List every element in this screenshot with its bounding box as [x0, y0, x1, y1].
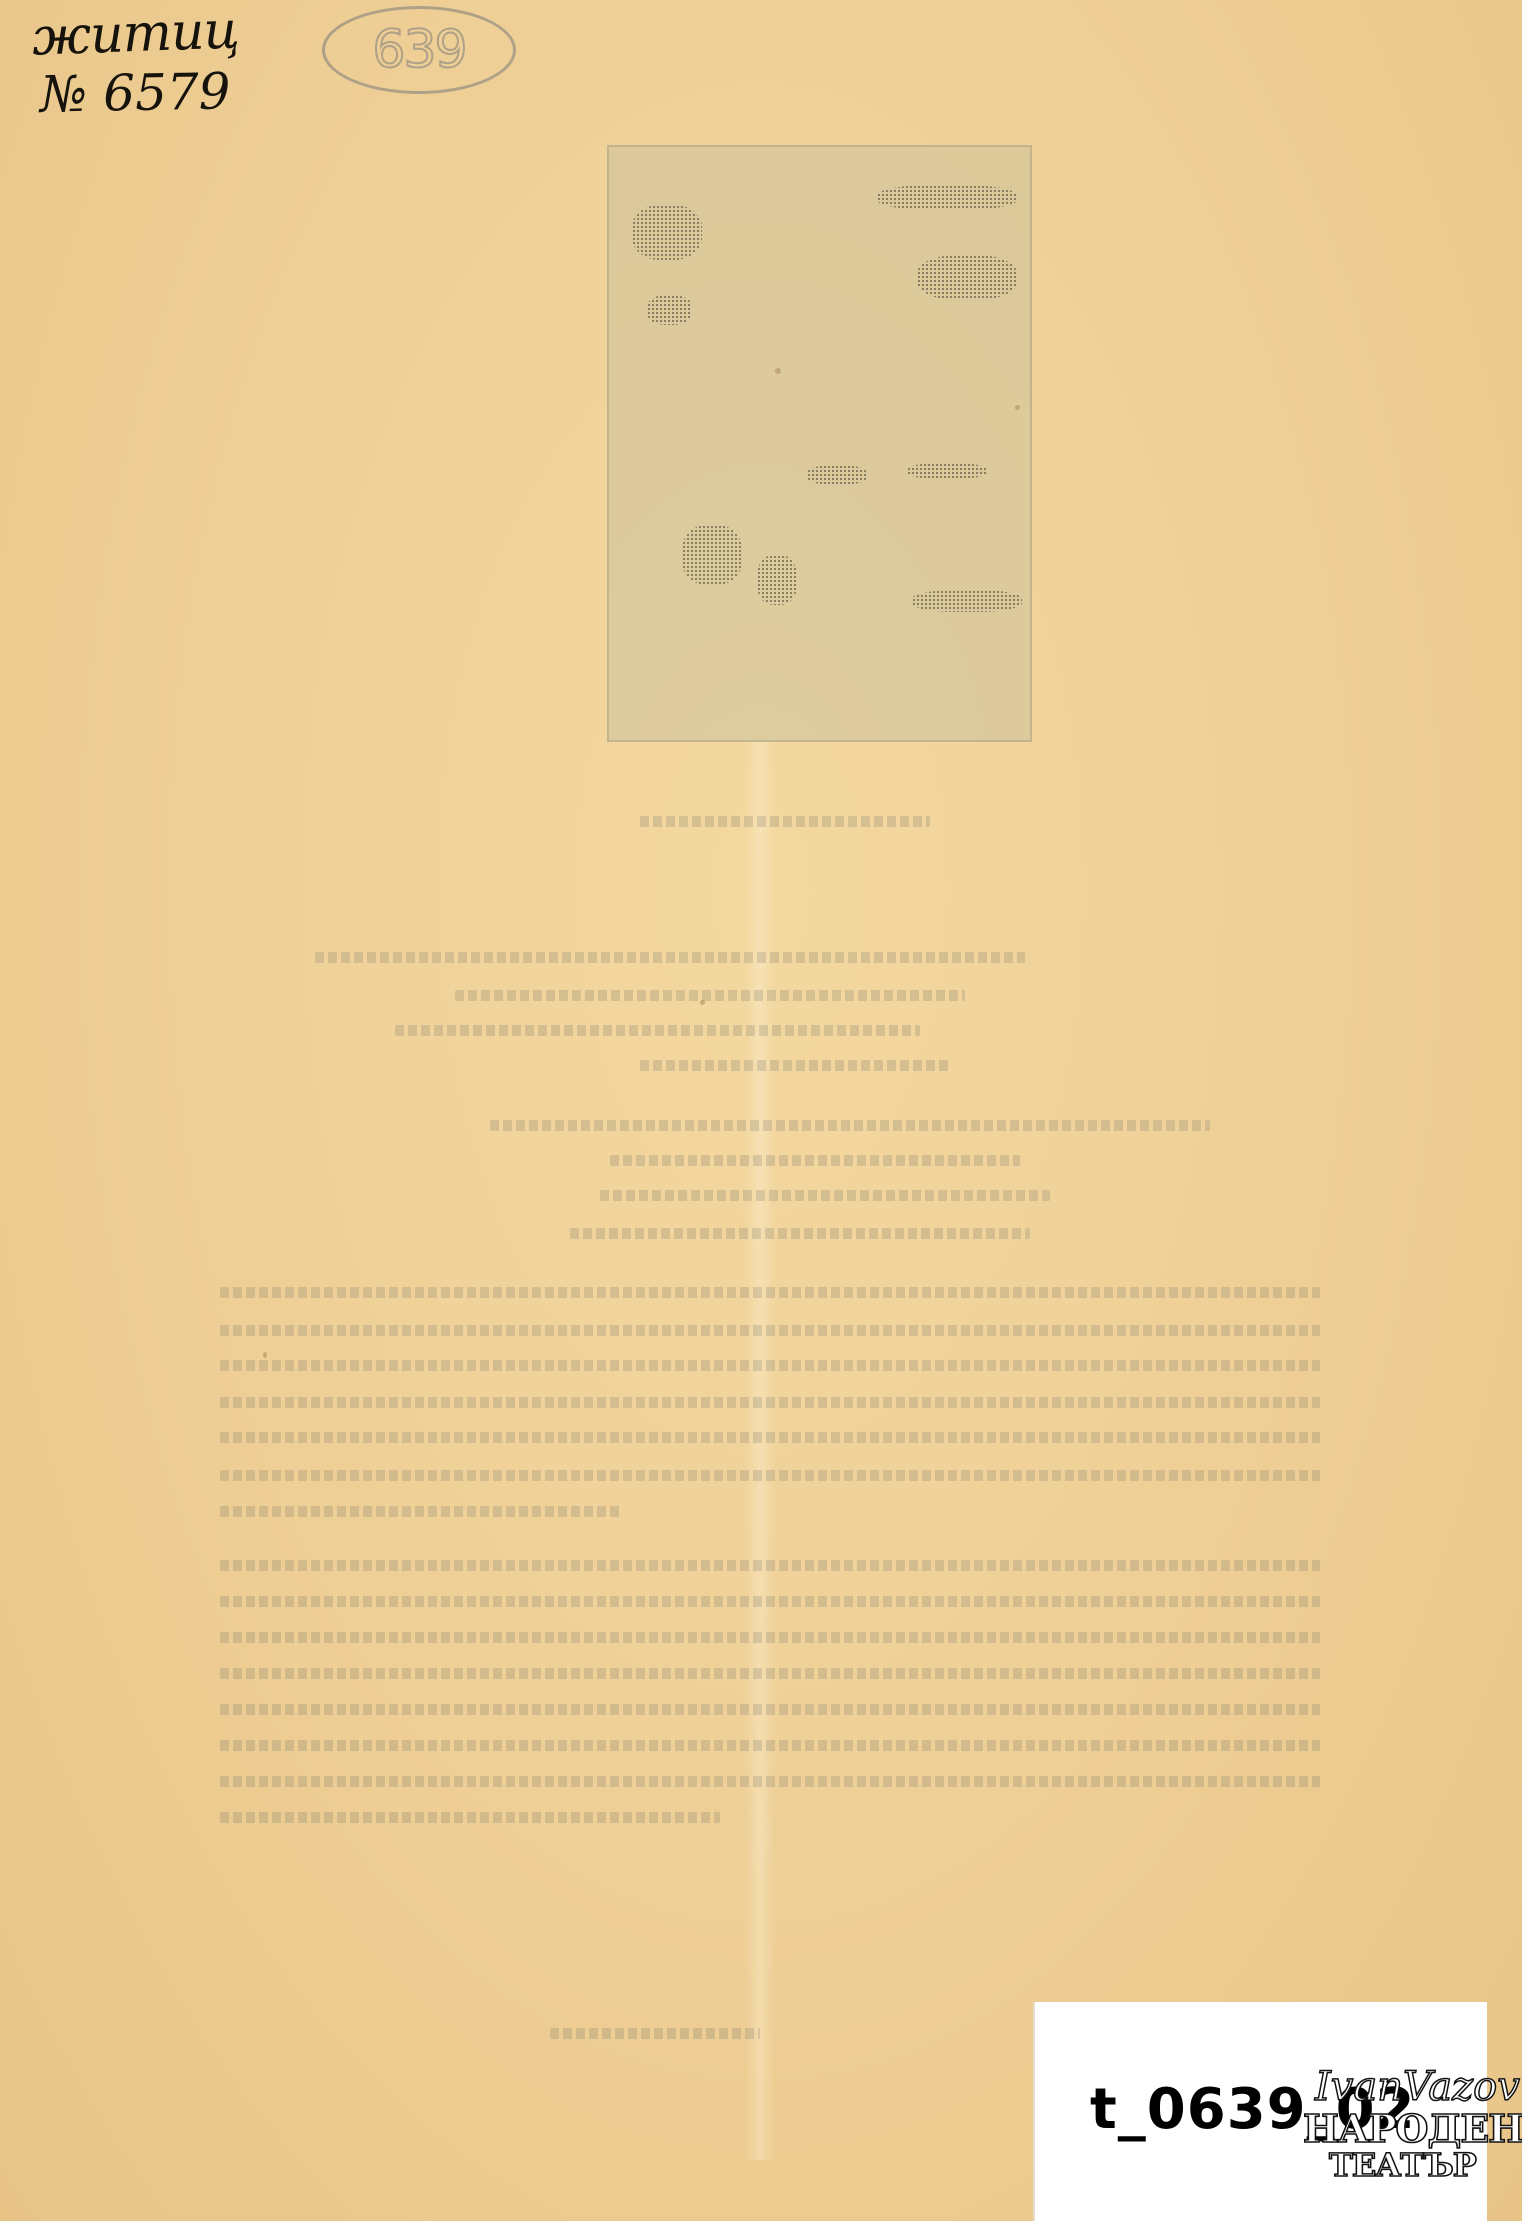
bleed-line — [610, 1155, 1020, 1166]
bleed-line — [570, 1228, 1030, 1239]
bleed-line — [490, 1120, 1210, 1131]
bleed-line — [640, 816, 930, 827]
halftone-patch — [757, 555, 797, 605]
logo-line2: ТЕАТЪР — [1329, 2146, 1476, 2184]
handwritten-note-line1: житиц — [31, 4, 239, 63]
halftone-patch — [912, 590, 1022, 612]
halftone-patch — [682, 525, 742, 585]
logo-line1: НАРОДЕН — [1303, 2106, 1522, 2151]
logo-script-signature: IvanVazov — [1315, 2064, 1520, 2110]
halftone-patch — [807, 465, 867, 485]
bleed-line — [395, 1025, 920, 1036]
halftone-patch — [647, 295, 692, 325]
bleed-line — [315, 952, 1025, 963]
bleed-line — [455, 990, 965, 1001]
circled-number-text: 639 — [372, 20, 465, 80]
archive-label: t_0639_02 IvanVazov НАРОДЕН ТЕАТЪР — [1033, 2002, 1487, 2221]
halftone-patch — [632, 205, 702, 260]
halftone-patch — [917, 255, 1017, 300]
paper-speck — [775, 368, 781, 374]
bleed-line — [600, 1190, 1050, 1201]
bleed-line — [550, 2028, 760, 2039]
paper-fold-crease — [745, 740, 775, 2160]
paper-speck — [700, 1000, 705, 1005]
bleed-line — [640, 1060, 950, 1071]
handwritten-note-line2: № 6579 — [40, 66, 231, 119]
national-theatre-logo: IvanVazov НАРОДЕН ТЕАТЪР — [1303, 2064, 1473, 2184]
halftone-patch — [907, 463, 987, 479]
pencil-circled-number: 639 — [322, 6, 516, 94]
paper-speck — [1015, 405, 1020, 410]
bleed-through-photo — [607, 145, 1032, 742]
bleed-line — [220, 1812, 720, 1823]
paper-speck — [263, 1352, 267, 1358]
bleed-line — [220, 1506, 620, 1517]
halftone-patch — [877, 185, 1017, 210]
